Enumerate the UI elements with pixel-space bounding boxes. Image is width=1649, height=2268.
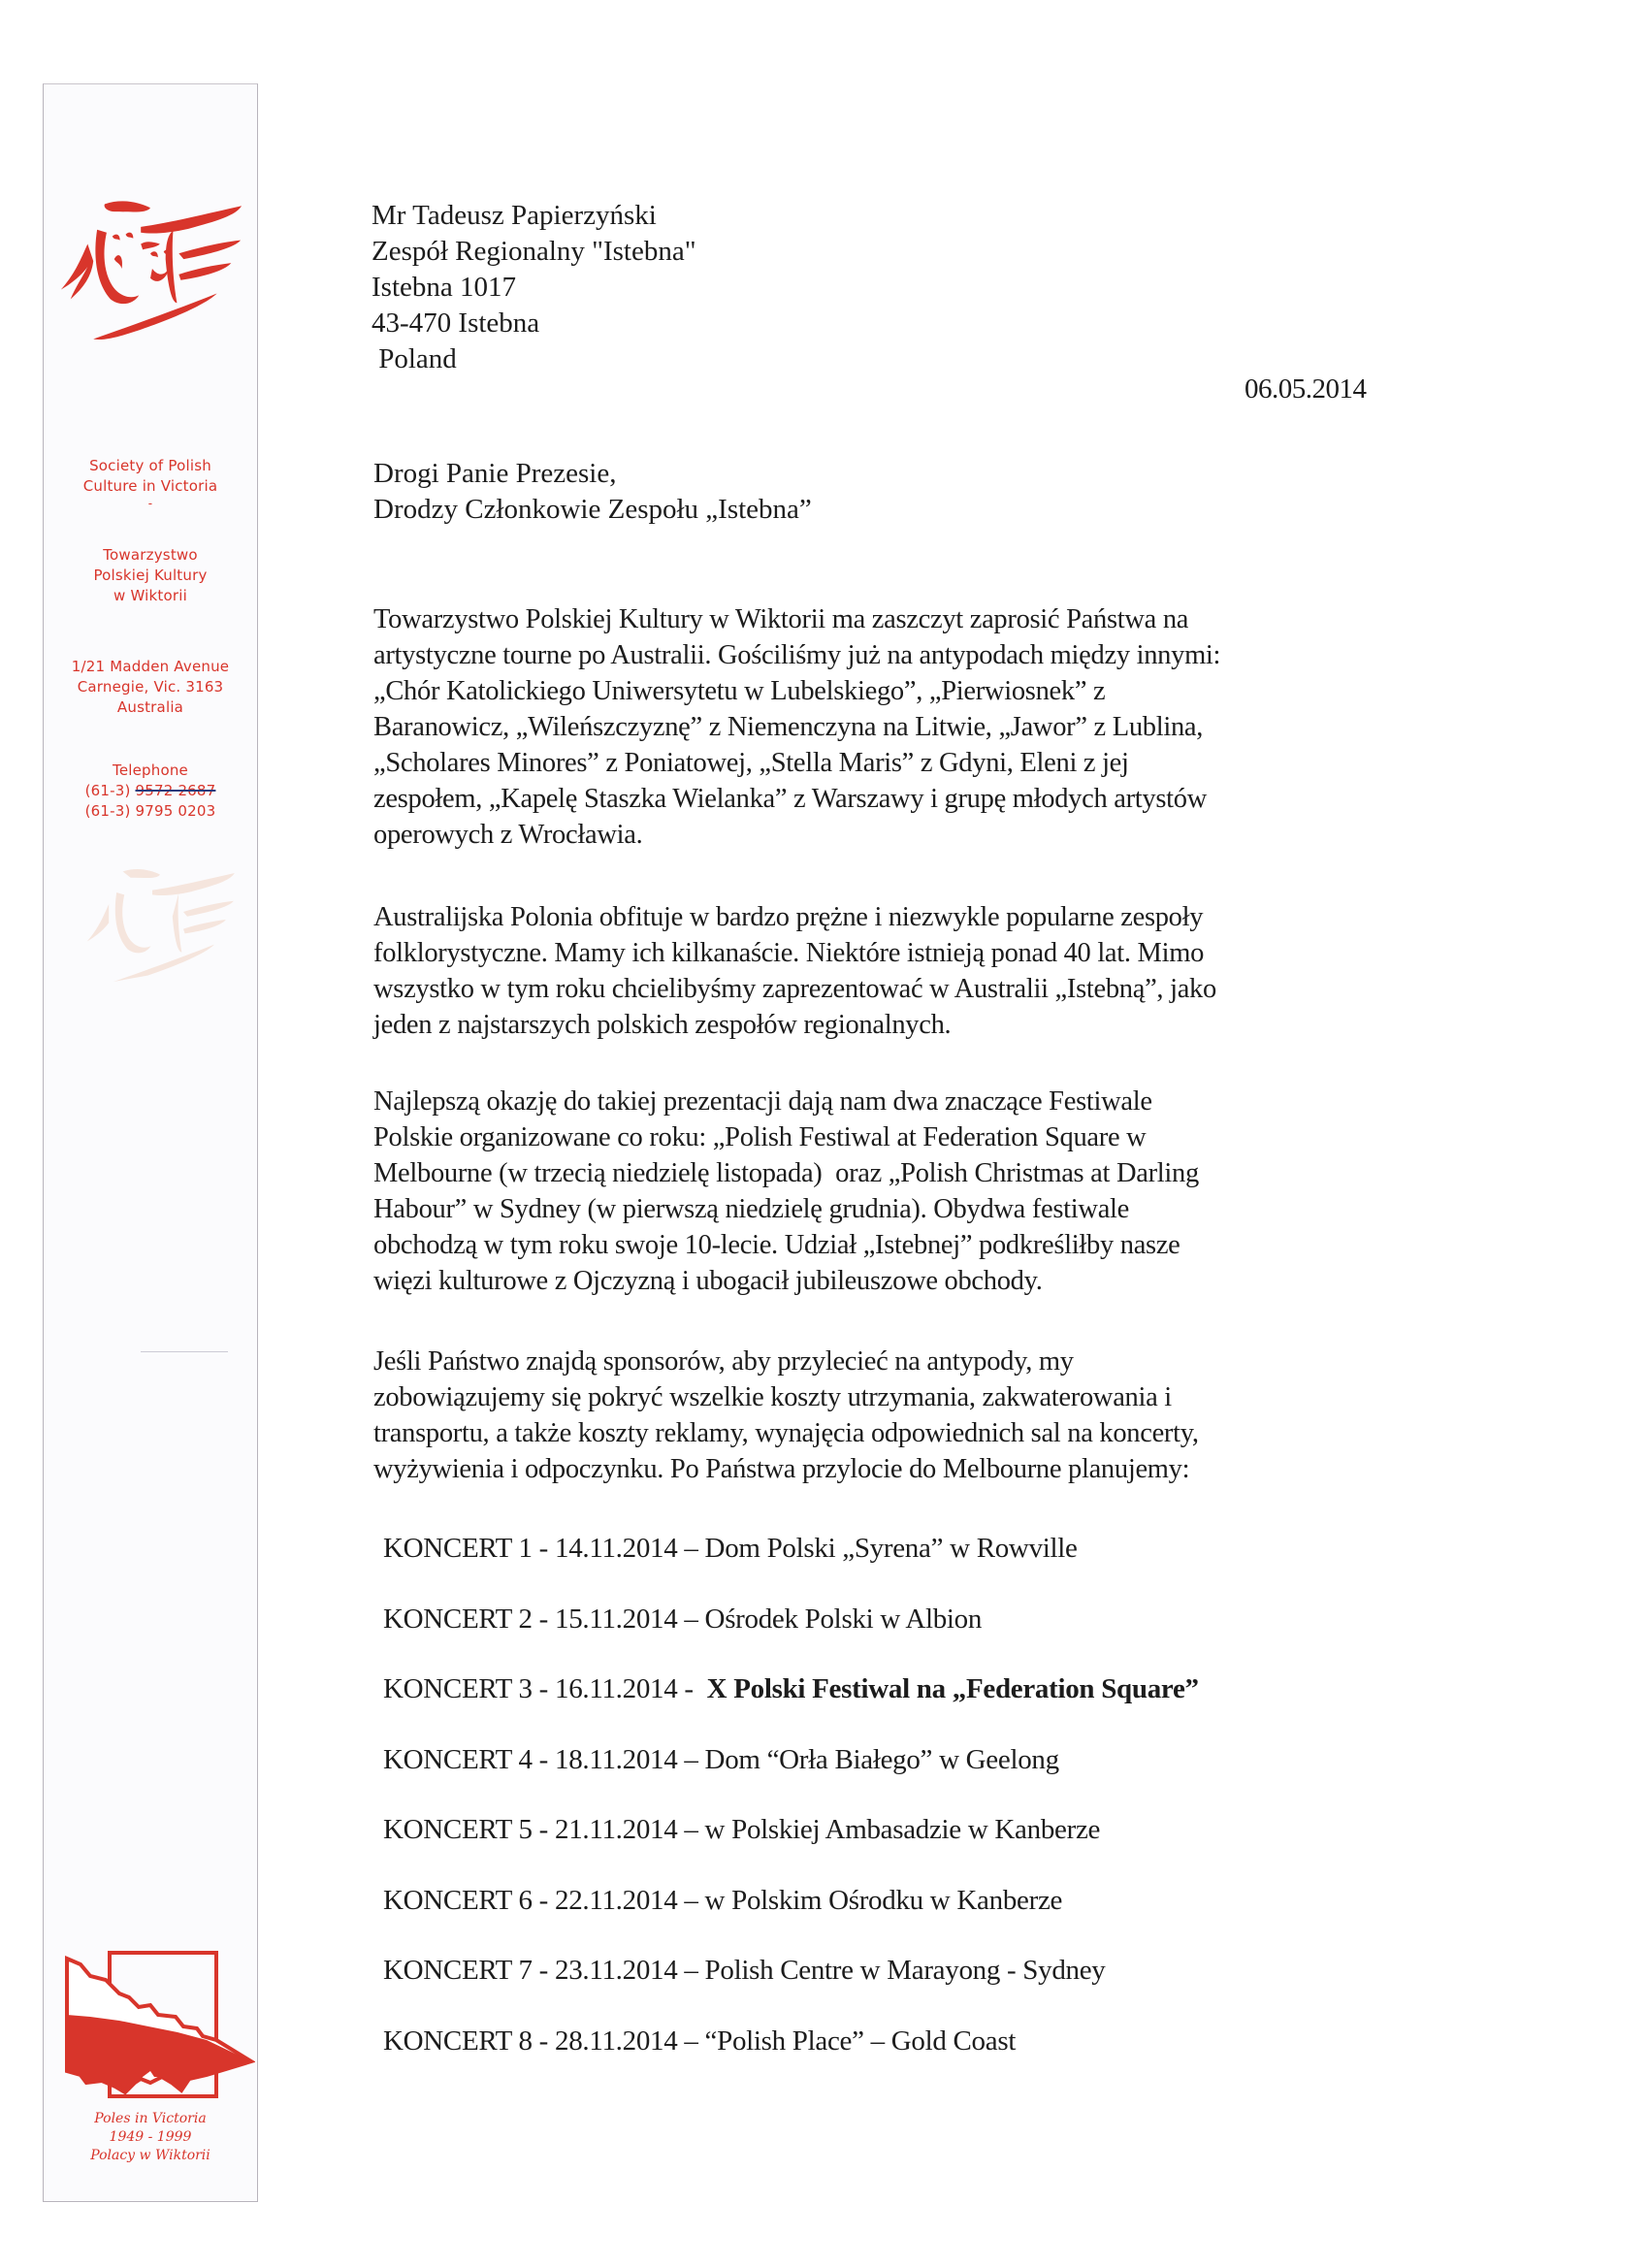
concert-item: KONCERT 3 - 16.11.2014 - X Polski Festiw… (383, 1671, 1199, 1742)
concert-item: KONCERT 4 - 18.11.2014 – Dom “Orła Białe… (383, 1742, 1199, 1813)
concert-item: KONCERT 8 - 28.11.2014 – “Polish Place” … (383, 2024, 1199, 2094)
faint-divider (141, 1351, 228, 1352)
theatre-masks-watermark-icon (82, 851, 238, 996)
organization-name-pl: Towarzystwo Polskiej Kultury w Wiktorii (44, 545, 257, 606)
concert-item: KONCERT 7 - 23.11.2014 – Polish Centre w… (383, 1953, 1199, 2024)
organization-address: 1/21 Madden Avenue Carnegie, Vic. 3163 A… (44, 657, 257, 718)
logo-watermark (44, 804, 257, 998)
paragraph-invitation: Towarzystwo Polskiej Kultury w Wiktorii … (373, 601, 1421, 853)
phone-old-struck: 9572 2687 (136, 782, 216, 799)
concert-item: KONCERT 5 - 21.11.2014 – w Polskiej Amba… (383, 1812, 1199, 1883)
salutation: Drogi Panie Prezesie, Drodzy Członkowie … (373, 456, 812, 528)
theatre-masks-logo-icon (55, 185, 245, 350)
concert-item: KONCERT 6 - 22.11.2014 – w Polskim Ośrod… (383, 1883, 1199, 1954)
concert-schedule: KONCERT 1 - 14.11.2014 – Dom Polski „Syr… (383, 1531, 1199, 2093)
paragraph-festivals: Najlepszą okazję do takiej prezentacji d… (373, 1084, 1421, 1299)
separator: - (44, 494, 257, 514)
recipient-address: Mr Tadeusz Papierzyński Zespół Regionaln… (372, 198, 696, 377)
paragraph-sponsors: Jeśli Państwo znajdą sponsorów, aby przy… (373, 1344, 1421, 1487)
organization-name-en: Society of Polish Culture in Victoria (44, 456, 257, 497)
phone-old: (61-3) 9572 2687 (44, 781, 257, 801)
concert-item: KONCERT 1 - 14.11.2014 – Dom Polski „Syr… (383, 1531, 1199, 1602)
victoria-map-logo-icon (61, 1947, 255, 2102)
jubilee-caption: Poles in Victoria 1949 - 1999 Polacy w W… (44, 2110, 257, 2165)
paragraph-polonia: Australijska Polonia obfituje w bardzo p… (373, 899, 1421, 1043)
concert-item: KONCERT 2 - 15.11.2014 – Ośrodek Polski … (383, 1602, 1199, 1672)
letterhead-sidebar: Society of Polish Culture in Victoria - … (43, 83, 258, 2202)
letter-date: 06.05.2014 (1245, 372, 1367, 407)
